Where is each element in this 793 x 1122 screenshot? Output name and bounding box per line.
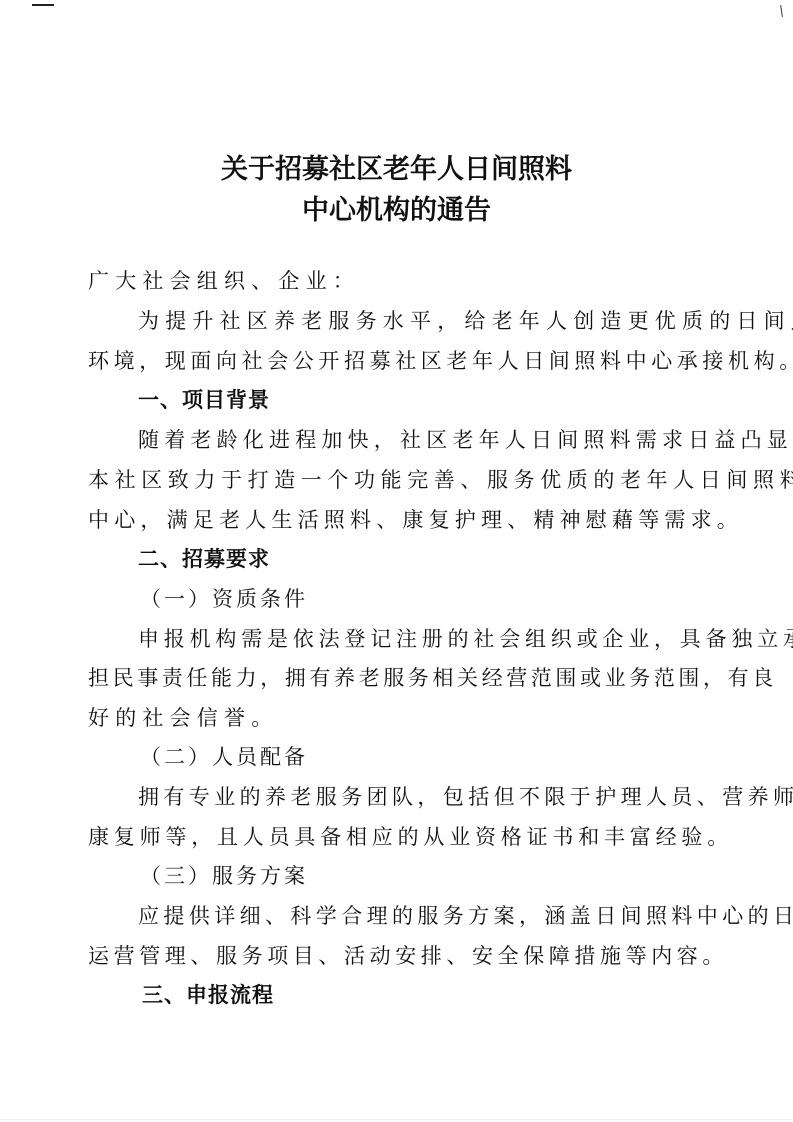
intro-line: 为提升社区养老服务水平，给老年人创造更优质的日间照料 [138, 305, 793, 335]
salutation: 广大社会组织、企业： [88, 265, 360, 295]
subsection-heading: （一）资质条件 [140, 583, 308, 613]
subsection-heading: （二）人员配备 [140, 741, 308, 771]
paragraph-line: 好的社会信誉。 [88, 702, 278, 732]
paragraph-line: 应提供详细、科学合理的服务方案，涵盖日间照料中心的日常 [138, 900, 793, 930]
paragraph-line: 本社区致力于打造一个功能完善、服务优质的老年人日间照料 [88, 464, 793, 494]
document-title-line-1: 关于招募社区老年人日间照料 [0, 147, 793, 186]
paragraph-line: 运营管理、服务项目、活动安排、安全保障措施等内容。 [88, 940, 728, 970]
paragraph-line: 康复师等，且人员具备相应的从业资格证书和丰富经验。 [88, 821, 733, 851]
section-heading: 二、招募要求 [138, 543, 270, 573]
intro-line: 环境，现面向社会公开招募社区老年人日间照料中心承接机构。 [88, 345, 793, 375]
scan-mark [780, 5, 783, 17]
paragraph-line: 中心，满足老人生活照料、康复护理、精神慰藉等需求。 [88, 504, 743, 534]
scan-mark [32, 4, 54, 6]
paragraph-line: 申报机构需是依法登记注册的社会组织或企业，具备独立承 [138, 623, 793, 653]
subsection-heading: （三）服务方案 [140, 860, 308, 890]
paragraph-line: 担民事责任能力，拥有养老服务相关经营范围或业务范围，有良 [88, 662, 777, 692]
section-heading: 三、申报流程 [142, 979, 274, 1009]
paragraph-line: 拥有专业的养老服务团队，包括但不限于护理人员、营养师、 [138, 781, 793, 811]
section-heading: 一、项目背景 [138, 384, 270, 414]
document-title-line-2: 中心机构的通告 [0, 188, 793, 227]
paragraph-line: 随着老龄化进程加快，社区老年人日间照料需求日益凸显。 [138, 424, 793, 454]
page-edge [0, 1119, 793, 1120]
